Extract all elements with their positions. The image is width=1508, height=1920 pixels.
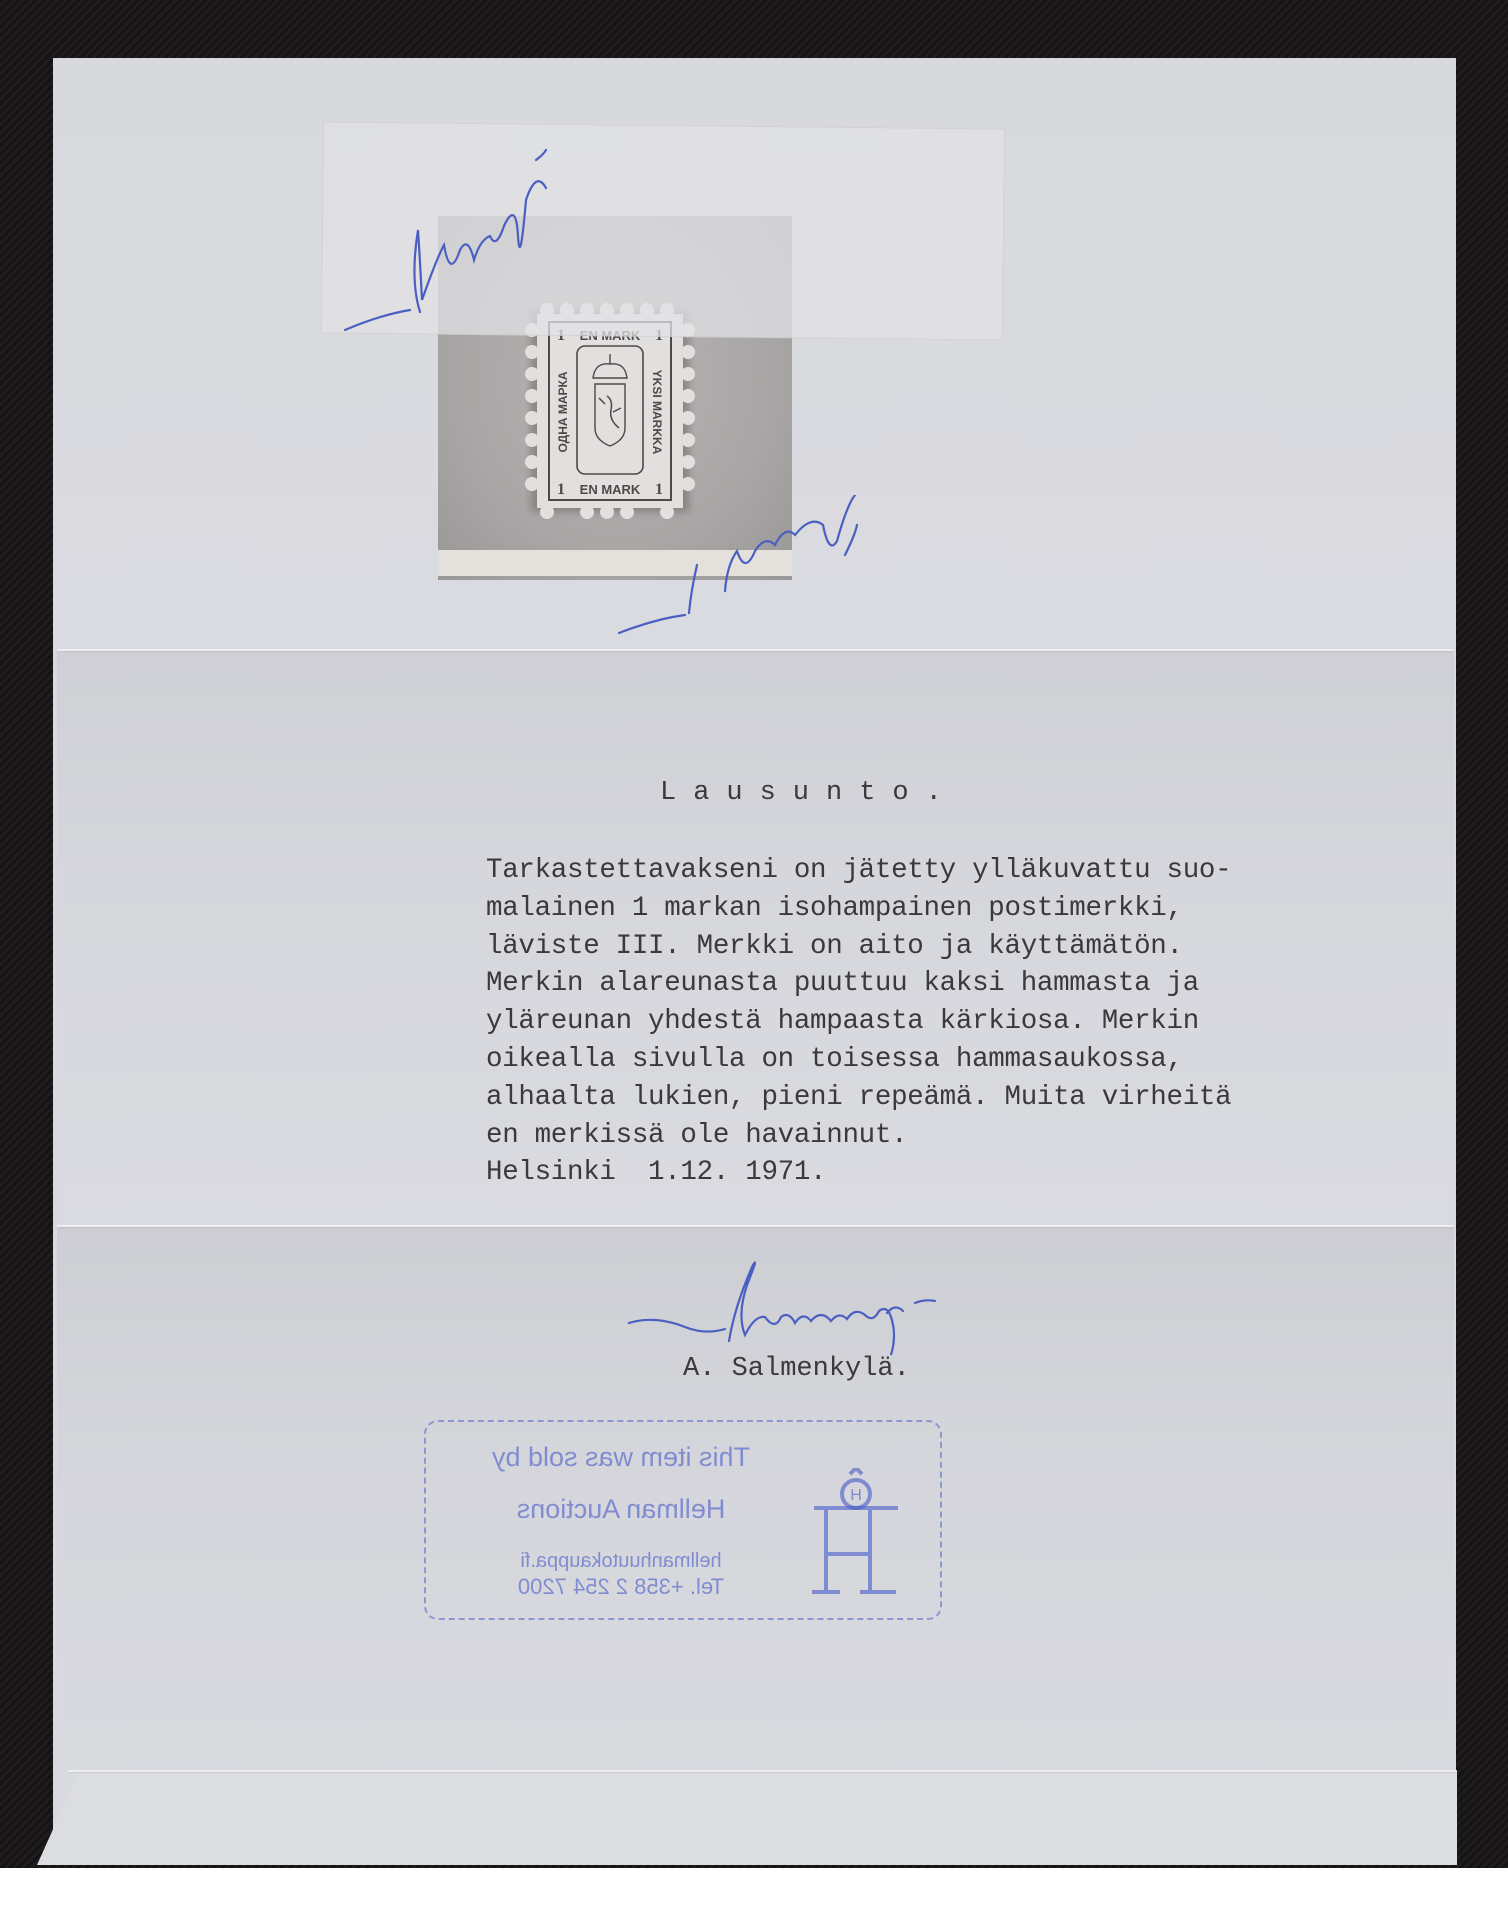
certificate-body: Tarkastettavakseni on jätetty ylläkuvatt… — [486, 852, 1231, 1192]
signature-over-tape-icon — [340, 140, 680, 340]
seal-line-2: Hellman Auctions — [456, 1494, 786, 1525]
svg-text:1: 1 — [557, 481, 565, 498]
signatory-name: A. Salmenkylä. — [683, 1354, 910, 1384]
seal-line-4: Tel. +358 2 254 7200 — [456, 1574, 786, 1600]
body-line: oikealla sivulla on toisessa hammasaukos… — [486, 1044, 1183, 1075]
fold-line-3 — [68, 1770, 1456, 1772]
body-line: Merkin alareunasta puuttuu kaksi hammast… — [486, 968, 1199, 999]
handwritten-signature-icon — [625, 1245, 1025, 1355]
paper-bottom-fold-flap — [37, 1770, 1457, 1865]
fold-line-2 — [57, 1225, 1454, 1227]
certificate-heading: Lausunto. — [660, 778, 959, 808]
body-line: Tarkastettavakseni on jätetty ylläkuvatt… — [486, 855, 1231, 886]
signature-below-stamp-icon — [615, 495, 915, 635]
place-date-line: Helsinki 1.12. 1971. — [486, 1157, 826, 1188]
seal-line-1: This item was sold by — [456, 1442, 786, 1473]
hellman-logo-icon: H — [804, 1468, 908, 1600]
auction-house-seal: This item was sold by Hellman Auctions h… — [424, 1420, 942, 1620]
body-line: alhaalta lukien, pieni repeämä. Muita vi… — [486, 1082, 1231, 1113]
svg-text:YKSI MARKKA: YKSI MARKKA — [650, 370, 664, 455]
fold-line-1 — [57, 649, 1454, 651]
body-line: en merkissä ole havainnut. — [486, 1120, 907, 1151]
svg-text:H: H — [850, 1487, 862, 1504]
body-line: yläreunan yhdestä hampaasta kärkiosa. Me… — [486, 1006, 1199, 1037]
body-line: malainen 1 markan isohampainen postimerk… — [486, 893, 1183, 924]
svg-text:ОДНА МАРКА: ОДНА МАРКА — [556, 371, 570, 452]
seal-line-3: hellmanhuutokauppa.fi — [456, 1550, 786, 1573]
body-line: läviste III. Merkki on aito ja käyttämät… — [486, 931, 1183, 962]
